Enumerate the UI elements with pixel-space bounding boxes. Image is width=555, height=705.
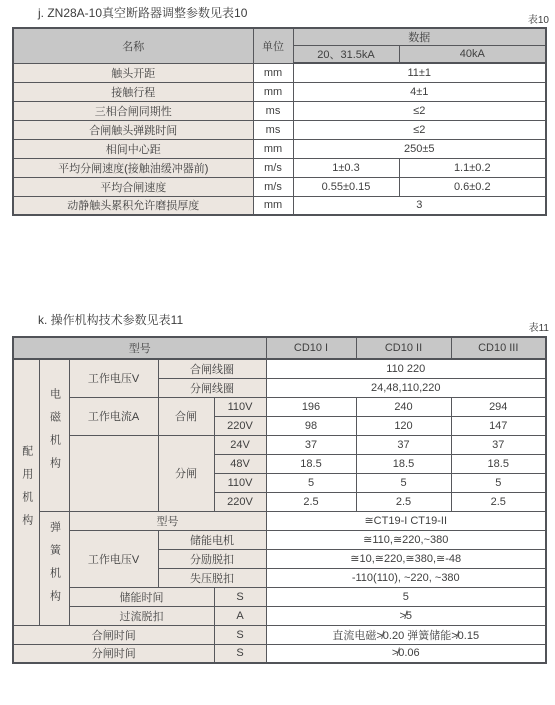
param-name: 动静触头累积允许磨损厚度 xyxy=(13,196,253,215)
table-row: 合闸时间 S 直流电磁≯0.20 弹簧储能≯0.15 xyxy=(13,625,546,644)
param-unit: m/s xyxy=(253,158,293,177)
param-unit: mm xyxy=(253,63,293,82)
table-row: 分闸 24V 37 37 37 xyxy=(13,435,546,454)
current-cd10-3: 294 xyxy=(451,397,546,416)
overcurrent-release-unit: A xyxy=(214,606,266,625)
table-operating-mechanism-params: 型号 CD10 I CD10 II CD10 III 配用机构 电磁机构 工作电… xyxy=(12,336,547,664)
opening-coil-value: 24,48,110,220 xyxy=(266,378,546,397)
param-unit: ms xyxy=(253,101,293,120)
table-row: 三相合闸同期性 ms ≤2 xyxy=(13,101,546,120)
closing-coil-value: 110 220 xyxy=(266,359,546,378)
header-name: 名称 xyxy=(13,28,253,63)
param-value: 250±5 xyxy=(293,139,546,158)
table11-tag: 表11 xyxy=(529,319,549,334)
param-value: ≤2 xyxy=(293,120,546,139)
table-row: 工作电流A 合闸 110V 196 240 294 xyxy=(13,397,546,416)
closing-time-value: 直流电磁≯0.20 弹簧储能≯0.15 xyxy=(266,625,546,644)
charge-motor-value: ≅110,≅220,~380 xyxy=(266,530,546,549)
param-name: 平均分闸速度(接触油缓冲器前) xyxy=(13,158,253,177)
current-cd10-2: 2.5 xyxy=(356,492,451,511)
table-row: 平均分闸速度(接触油缓冲器前) m/s 1±0.3 1.1±0.2 xyxy=(13,158,546,177)
charge-time-label: 储能时间 xyxy=(69,587,214,606)
header-data: 数据 xyxy=(293,28,546,46)
current-cd10-1: 2.5 xyxy=(266,492,356,511)
current-cd10-1: 37 xyxy=(266,435,356,454)
param-value-40ka: 1.1±0.2 xyxy=(399,158,546,177)
param-name: 合闸触头弹跳时间 xyxy=(13,120,253,139)
table-row: 工作电压V 储能电机 ≅110,≅220,~380 xyxy=(13,530,546,549)
opening-time-value: ≯0.06 xyxy=(266,644,546,663)
opening-label: 分闸 xyxy=(158,435,214,511)
current-cd10-3: 18.5 xyxy=(451,454,546,473)
current-cd10-2: 37 xyxy=(356,435,451,454)
header-model: 型号 xyxy=(13,337,266,359)
undervoltage-release-label: 失压脱扣 xyxy=(158,568,266,587)
section-k-title: k. 操作机构技术参数见表11 xyxy=(38,311,183,328)
group-spring-mechanism: 弹簧机构 xyxy=(39,511,69,625)
voltage-cell: 48V xyxy=(214,454,266,473)
param-value: 3 xyxy=(293,196,546,215)
current-cd10-3: 37 xyxy=(451,435,546,454)
table-breaker-adjustment-params: 名称 单位 数据 20、31.5kA 40kA 触头开距 mm 11±1 接触行… xyxy=(12,27,547,216)
header-cd10-2: CD10 II xyxy=(356,337,451,359)
spring-model-label: 型号 xyxy=(69,511,266,530)
charge-time-value: 5 xyxy=(266,587,546,606)
closing-label: 合闸 xyxy=(158,397,214,435)
param-value-20-31-5ka: 1±0.3 xyxy=(293,158,399,177)
opening-time-label: 分闸时间 xyxy=(13,644,214,663)
param-name: 平均合闸速度 xyxy=(13,177,253,196)
param-value: ≤2 xyxy=(293,101,546,120)
current-cd10-3: 5 xyxy=(451,473,546,492)
group-matched-mechanism: 配用机构 xyxy=(13,359,39,625)
table-row: 过流脱扣 A ≯5 xyxy=(13,606,546,625)
table-row: 配用机构 电磁机构 工作电压V 合闸线圈 110 220 xyxy=(13,359,546,378)
group-electromagnetic-mechanism: 电磁机构 xyxy=(39,359,69,511)
voltage-cell: 220V xyxy=(214,416,266,435)
table-row: 相间中心距 mm 250±5 xyxy=(13,139,546,158)
em-current-spacer xyxy=(69,435,158,511)
header-rating-40ka: 40kA xyxy=(399,46,546,64)
header-rating-20-31-5ka: 20、31.5kA xyxy=(293,46,399,64)
table10-tag: 表10 xyxy=(528,11,549,26)
current-cd10-2: 120 xyxy=(356,416,451,435)
voltage-cell: 220V xyxy=(214,492,266,511)
param-value: 11±1 xyxy=(293,63,546,82)
opening-coil-label: 分闸线圈 xyxy=(158,378,266,397)
current-cd10-3: 2.5 xyxy=(451,492,546,511)
header-cd10-3: CD10 III xyxy=(451,337,546,359)
overcurrent-release-label: 过流脱扣 xyxy=(69,606,214,625)
group-spring-label: 弹簧机构 xyxy=(49,521,60,613)
header-cd10-1: CD10 I xyxy=(266,337,356,359)
closing-time-unit: S xyxy=(214,625,266,644)
charge-motor-label: 储能电机 xyxy=(158,530,266,549)
param-unit: ms xyxy=(253,120,293,139)
param-unit: m/s xyxy=(253,177,293,196)
param-name: 三相合闸同期性 xyxy=(13,101,253,120)
current-cd10-1: 98 xyxy=(266,416,356,435)
table-row: 接触行程 mm 4±1 xyxy=(13,82,546,101)
opening-time-unit: S xyxy=(214,644,266,663)
voltage-cell: 24V xyxy=(214,435,266,454)
overcurrent-release-value: ≯5 xyxy=(266,606,546,625)
document-page: j. ZN28A-10真空断路器调整参数见表10 表10 名称 单位 数据 20… xyxy=(0,0,555,705)
voltage-cell: 110V xyxy=(214,473,266,492)
table-row: 储能时间 S 5 xyxy=(13,587,546,606)
current-cd10-1: 18.5 xyxy=(266,454,356,473)
current-cd10-1: 5 xyxy=(266,473,356,492)
group-matched-mechanism-label: 配用机构 xyxy=(21,445,32,537)
table-row: 平均合闸速度 m/s 0.55±0.15 0.6±0.2 xyxy=(13,177,546,196)
table-row: 弹簧机构 型号 ≅CT19-I CT19-II xyxy=(13,511,546,530)
param-name: 触头开距 xyxy=(13,63,253,82)
param-unit: mm xyxy=(253,196,293,215)
spring-working-voltage-label: 工作电压V xyxy=(69,530,158,587)
current-cd10-1: 196 xyxy=(266,397,356,416)
charge-time-unit: S xyxy=(214,587,266,606)
current-cd10-2: 240 xyxy=(356,397,451,416)
param-unit: mm xyxy=(253,82,293,101)
param-unit: mm xyxy=(253,139,293,158)
voltage-cell: 110V xyxy=(214,397,266,416)
section-j-title: j. ZN28A-10真空断路器调整参数见表10 xyxy=(38,4,247,21)
shunt-release-value: ≅10,≅220,≅380,≅-48 xyxy=(266,549,546,568)
header-unit: 单位 xyxy=(253,28,293,63)
closing-time-label: 合闸时间 xyxy=(13,625,214,644)
current-cd10-2: 5 xyxy=(356,473,451,492)
table-row: 分闸时间 S ≯0.06 xyxy=(13,644,546,663)
group-electromagnetic-label: 电磁机构 xyxy=(49,388,60,480)
table-row: 触头开距 mm 11±1 xyxy=(13,63,546,82)
closing-coil-label: 合闸线圈 xyxy=(158,359,266,378)
param-name: 相间中心距 xyxy=(13,139,253,158)
current-cd10-3: 147 xyxy=(451,416,546,435)
param-value-20-31-5ka: 0.55±0.15 xyxy=(293,177,399,196)
shunt-release-label: 分励脱扣 xyxy=(158,549,266,568)
em-working-current-label: 工作电流A xyxy=(69,397,158,435)
table-row: 合闸触头弹跳时间 ms ≤2 xyxy=(13,120,546,139)
em-working-voltage-label: 工作电压V xyxy=(69,359,158,397)
param-value-40ka: 0.6±0.2 xyxy=(399,177,546,196)
current-cd10-2: 18.5 xyxy=(356,454,451,473)
table-row: 动静触头累积允许磨损厚度 mm 3 xyxy=(13,196,546,215)
param-value: 4±1 xyxy=(293,82,546,101)
undervoltage-release-value: -110(110), ~220, ~380 xyxy=(266,568,546,587)
param-name: 接触行程 xyxy=(13,82,253,101)
spring-model-value: ≅CT19-I CT19-II xyxy=(266,511,546,530)
